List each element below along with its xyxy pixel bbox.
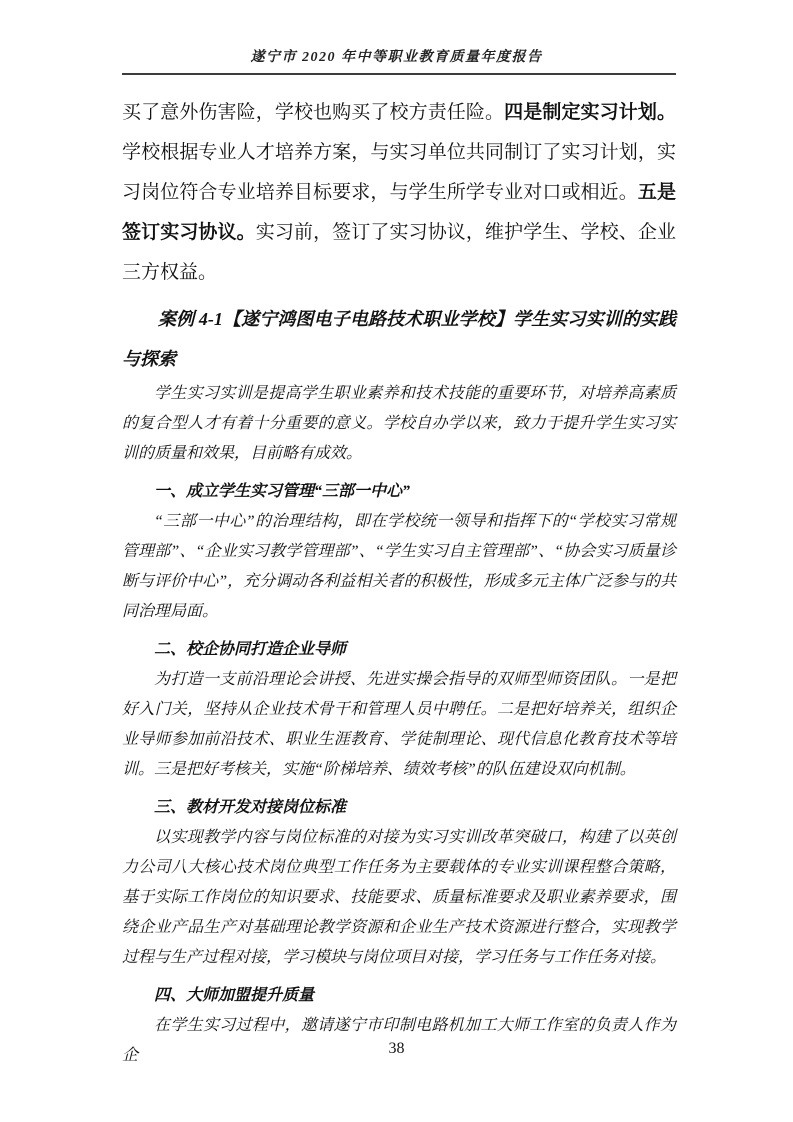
section-heading-2: 二、校企协同打造企业导师 <box>122 635 676 665</box>
bold-point-four: 四是制定实习计划。 <box>504 102 676 123</box>
paragraph-text: 买了意外伤害险，学校也购买了校方责任险。 <box>122 102 504 123</box>
section-heading-1: 一、成立学生实习管理“三部一中心” <box>122 477 676 507</box>
header-divider-rule <box>122 73 676 75</box>
case-study-intro: 学生实习实训是提高学生职业素养和技术技能的重要环节，对培养高素质的复合型人才有着… <box>122 379 676 469</box>
continued-paragraph: 买了意外伤害险，学校也购买了校方责任险。四是制定实习计划。学校根据专业人才培养方… <box>122 93 676 293</box>
page-body: 买了意外伤害险，学校也购买了校方责任险。四是制定实习计划。学校根据专业人才培养方… <box>122 93 676 1071</box>
section-body-3: 以实现教学内容与岗位标准的对接为实习实训改革突破口，构建了以英创力公司八大核心技… <box>122 823 676 973</box>
section-heading-3: 三、教材开发对接岗位标准 <box>122 793 676 823</box>
document-page: 遂宁市 2020 年中等职业教育质量年度报告 买了意外伤害险，学校也购买了校方责… <box>0 0 793 1122</box>
page-number: 38 <box>0 1040 793 1058</box>
section-body-1: “三部一中心”的治理结构，即在学校统一领导和指挥下的“学校实习常规管理部”、“企… <box>122 507 676 627</box>
paragraph-text: 学校根据专业人才培养方案，与实习单位共同制订了实习计划，实习岗位符合专业培养目标… <box>122 142 676 203</box>
section-heading-4: 四、大师加盟提升质量 <box>122 981 676 1011</box>
section-body-2: 为打造一支前沿理论会讲授、先进实操会指导的双师型师资团队。一是把好入门关，坚持从… <box>122 665 676 785</box>
page-header-title: 遂宁市 2020 年中等职业教育质量年度报告 <box>0 0 793 66</box>
case-study-title: 案例 4-1【遂宁鸿图电子电路技术职业学校】学生实习实训的实践与探索 <box>122 299 676 379</box>
